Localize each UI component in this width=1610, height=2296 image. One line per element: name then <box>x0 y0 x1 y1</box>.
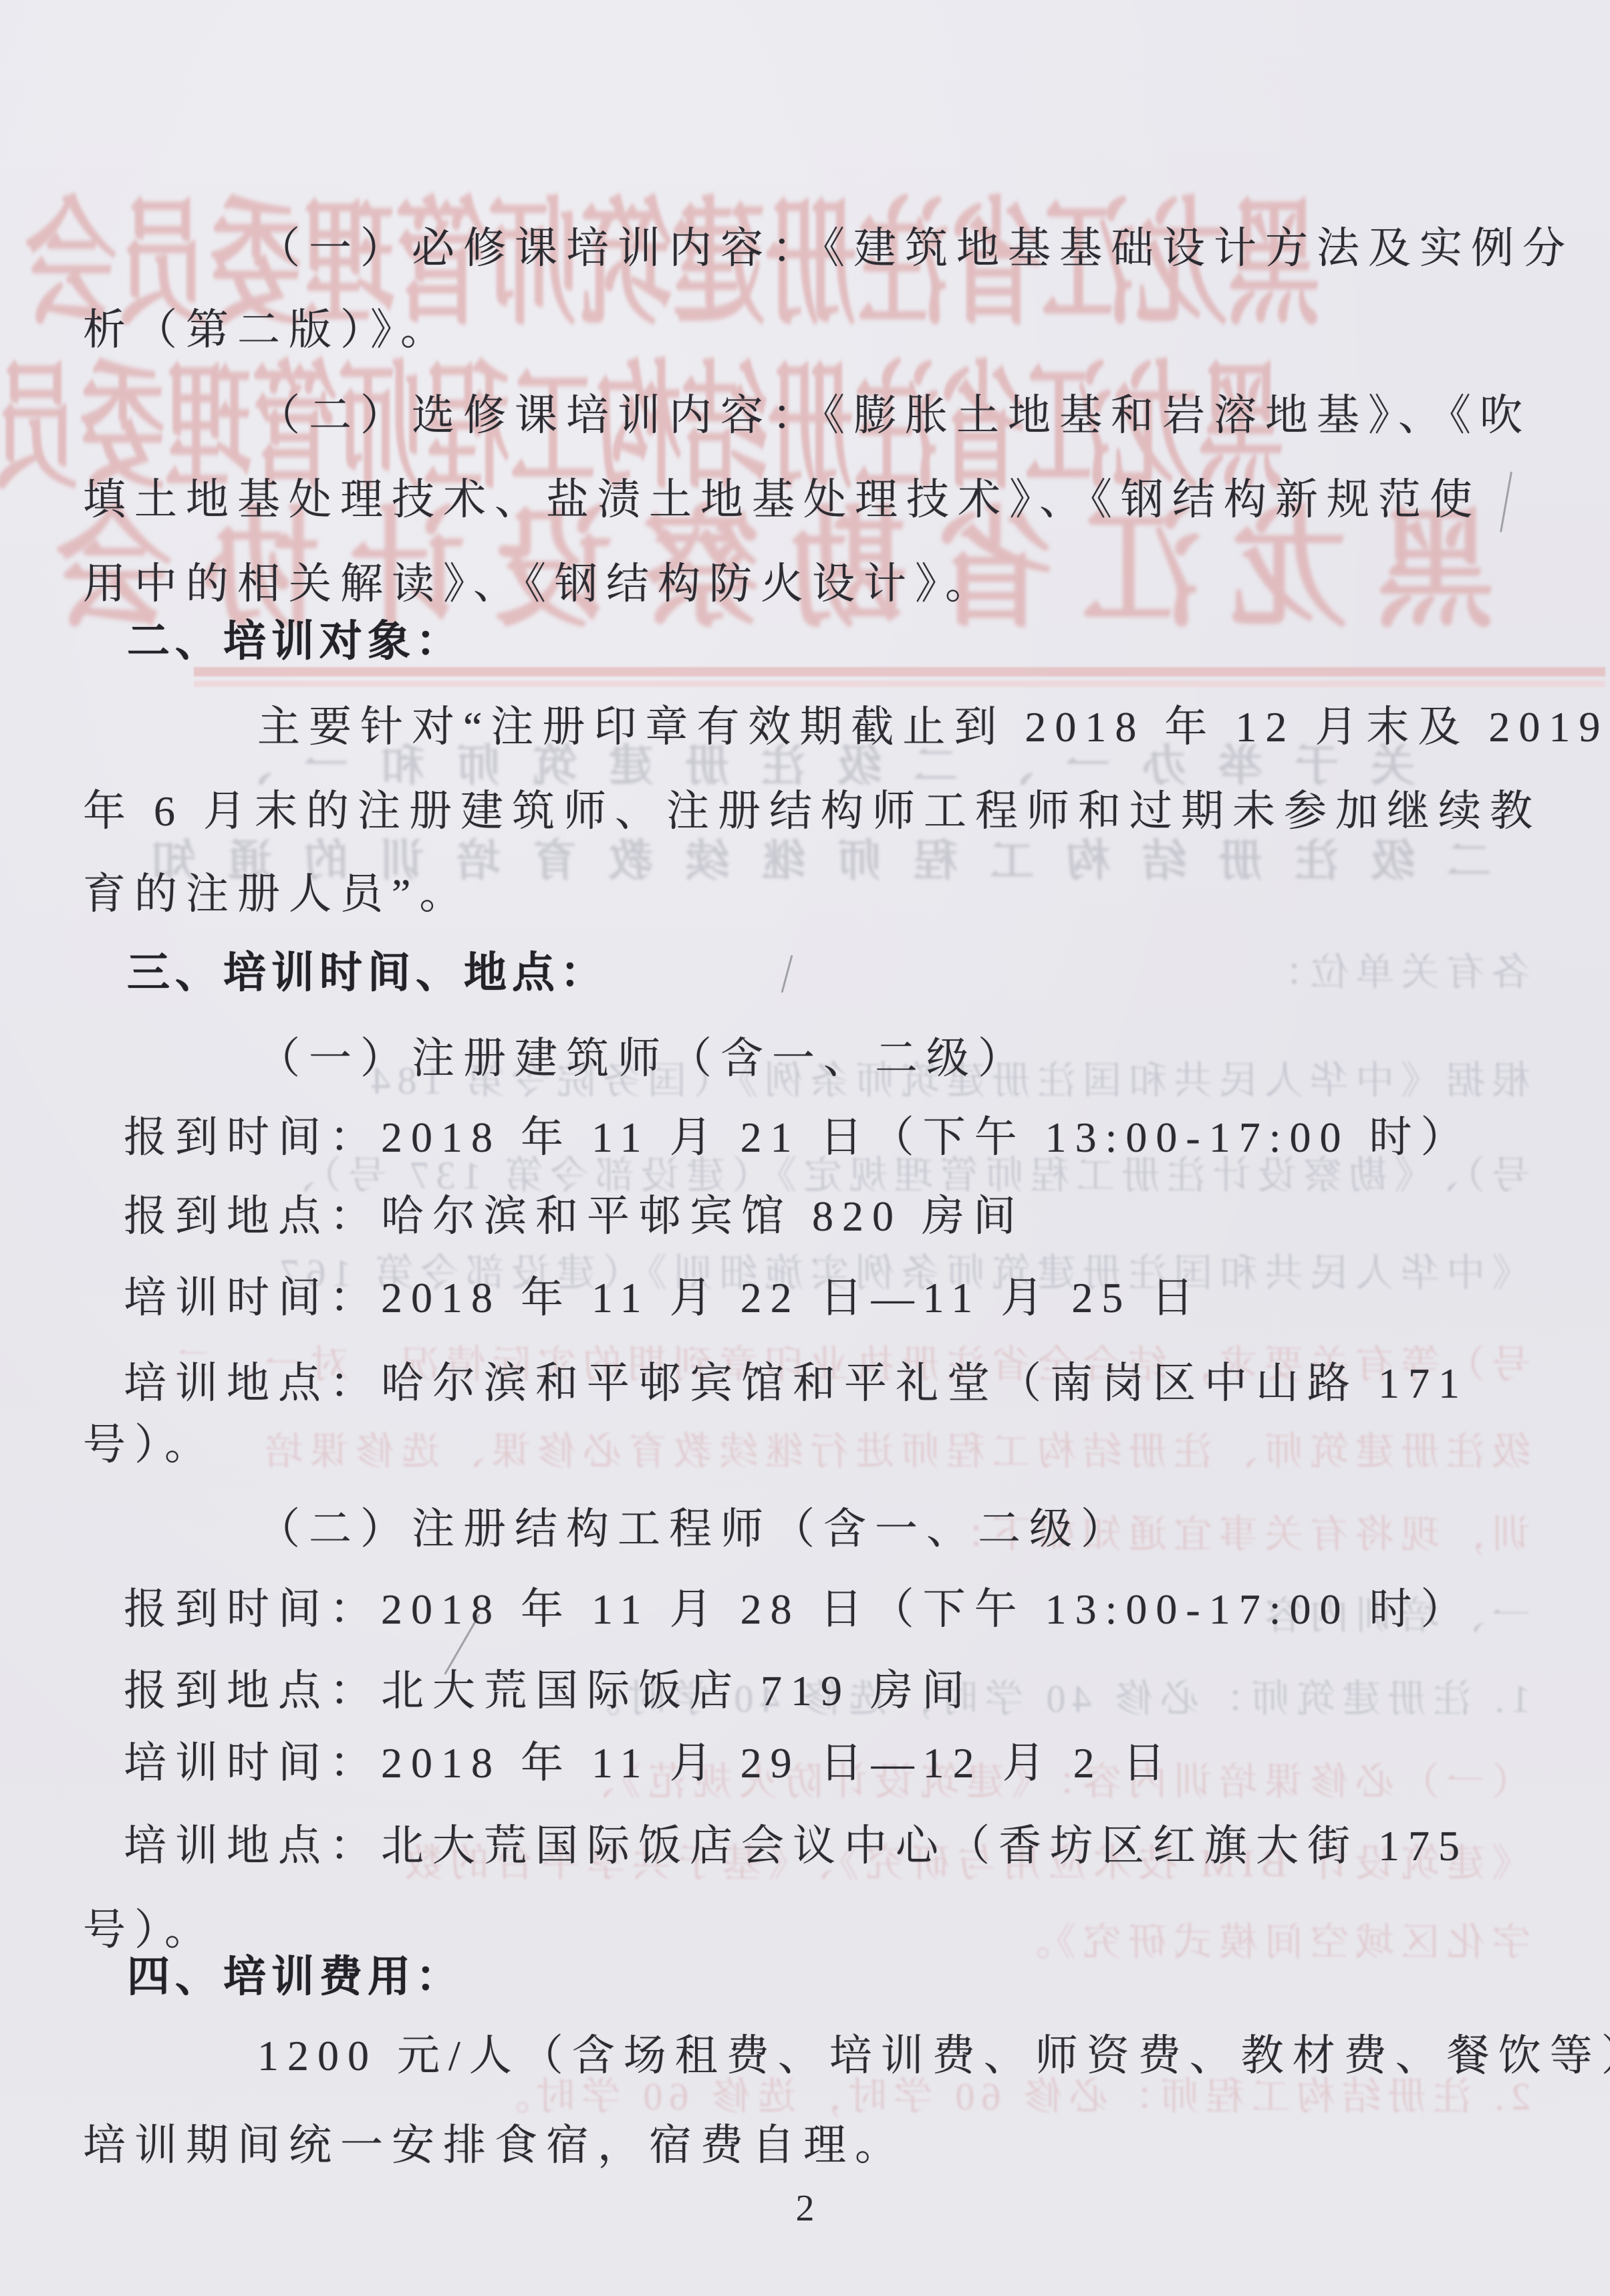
document-line: 培训时间：2018 年 11 月 22 日—11 月 25 日 <box>124 1277 1202 1319</box>
document-line: （二）注册结构工程师（含一、二级） <box>257 1508 1132 1551</box>
section-heading: 四、培训费用： <box>127 1956 464 1999</box>
section-heading: 二、培训对象： <box>127 620 464 663</box>
document-line: 育的注册人员”。 <box>83 873 471 916</box>
document-line: 报到地点：北大荒国际饭店 719 房间 <box>124 1670 973 1712</box>
document-line: 填土地基处理技术、盐渍土地基处理技术》、《钢结构新规范使 <box>83 479 1481 521</box>
document-line: 报到时间：2018 年 11 月 21 日（下午 13:00-17:00 时） <box>124 1116 1472 1159</box>
section-heading: 三、培训时间、地点： <box>127 952 608 995</box>
document-line: （一）必修课培训内容：《建筑地基基础设计方法及实例分 <box>257 227 1574 270</box>
document-line: 年 6 月末的注册建筑师、注册结构师工程师和过期未参加继续教 <box>83 790 1541 833</box>
document-line: （二）选修课培训内容：《膨胀土地基和岩溶地基》、《吹 <box>257 394 1531 437</box>
document-line: 培训地点：北大荒国际饭店会议中心（香坊区红旗大街 175 <box>124 1825 1468 1868</box>
bleedthrough-red-underline <box>194 680 1605 687</box>
document-line: 号）。 <box>83 1909 216 1952</box>
page-number: 2 <box>0 2187 1610 2230</box>
bleedthrough-red-underline <box>194 667 1605 676</box>
document-line: 主要针对“注册印章有效期截止到 2018 年 12 月末及 2019 <box>257 706 1609 749</box>
document-line: （一）注册建筑师（含一、二级） <box>257 1037 1029 1080</box>
document-line: 培训地点：哈尔滨和平邨宾馆和平礼堂（南岗区中山路 171 <box>124 1362 1468 1405</box>
document-line: 报到地点：哈尔滨和平邨宾馆 820 房间 <box>124 1195 1025 1238</box>
scanned-page: { "page": { "background": "#e8e7ec" }, "… <box>0 0 1610 2296</box>
document-line: 报到时间：2018 年 11 月 28 日（下午 13:00-17:00 时） <box>124 1588 1472 1631</box>
document-line: 培训期间统一安排食宿，宿费自理。 <box>83 2124 906 2167</box>
document-line: 析（第二版）》。 <box>83 309 452 352</box>
document-line: 用中的相关解读》、《钢结构防火设计》。 <box>83 563 996 606</box>
document-line: 号）。 <box>83 1424 216 1466</box>
document-line: 培训时间：2018 年 11 月 29 日—12 月 2 日 <box>124 1742 1174 1785</box>
document-line: 1200 元/人（含场租费、培训费、师资费、教材费、餐饮等）， <box>257 2035 1610 2077</box>
